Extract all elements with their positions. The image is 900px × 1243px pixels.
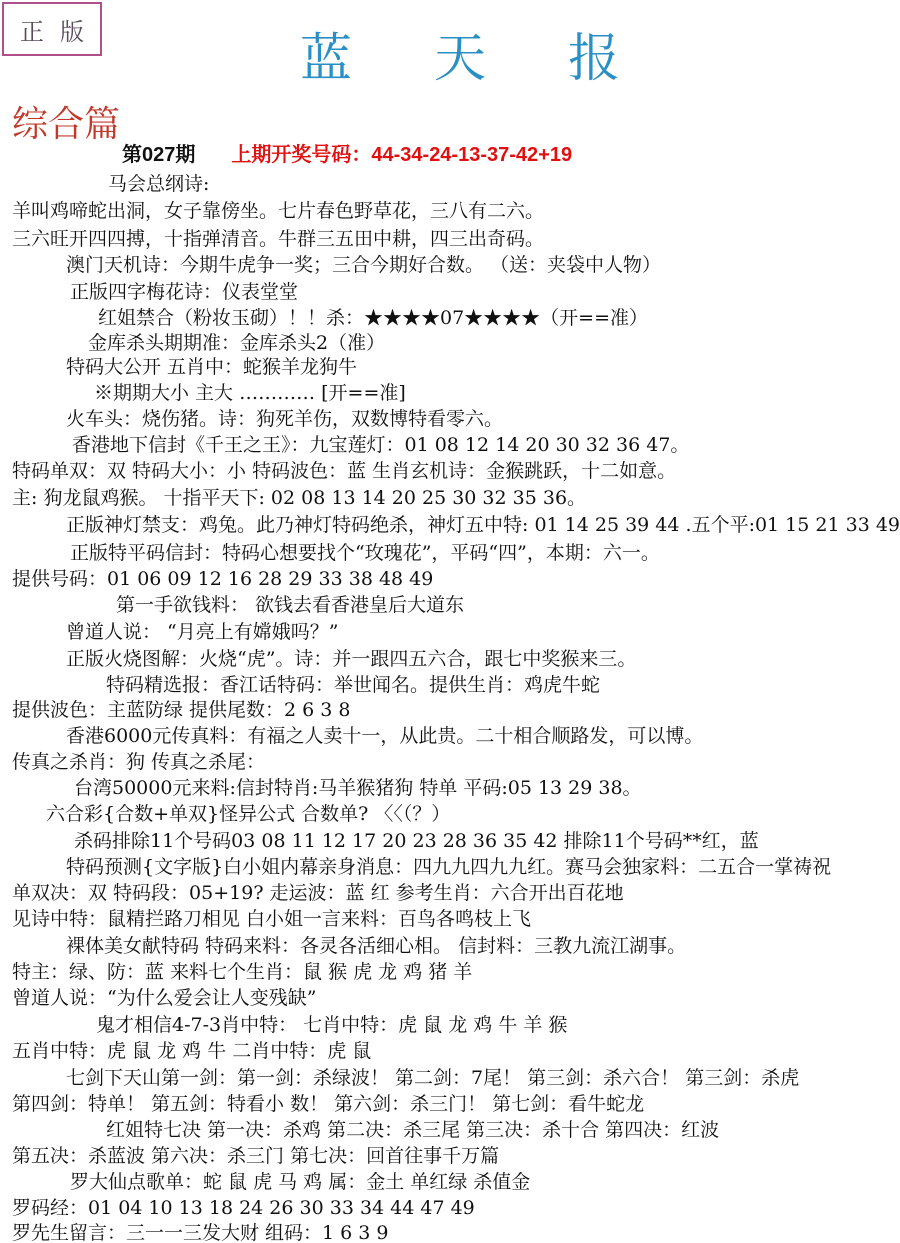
title-char: 蓝 xyxy=(300,16,352,91)
text-line: 特码预测{文字版}白小姐内幕亲身消息：四九九四九九红。赛马会独家料：二五合一掌祷… xyxy=(66,855,831,879)
authentic-edition-badge: 正 版 xyxy=(2,2,102,56)
text-line: 特码大公开 五肖中：蛇猴羊龙狗牛 xyxy=(66,355,357,379)
text-line: 特码单双：双 特码大小：小 特码波色：蓝 生肖玄机诗：金猴跳跃，十二如意。 xyxy=(12,459,676,483)
text-line: 传真之杀肖：狗 传真之杀尾： xyxy=(12,750,265,774)
text-line: 羊叫鸡啼蛇出洞，女子靠傍坐。七片春色野草花，三八有二六。 xyxy=(12,199,544,223)
text-line: 曾道人说：“为什么爱会让人变残缺” xyxy=(12,986,316,1010)
text-line: 见诗中特：鼠精拦路刀相见 白小姐一言来料：百鸟各鸣枝上飞 xyxy=(12,907,531,931)
text-line: 曾道人说： “月亮上有嫦娥吗？” xyxy=(66,620,338,644)
section-heading: 综合篇 xyxy=(12,96,120,147)
text-line: 第一手欲钱料： 欲钱去看香港皇后大道东 xyxy=(116,593,464,617)
text-line: 特码精选报：香江话特码：举世闻名。提供生肖：鸡虎牛蛇 xyxy=(106,673,600,697)
text-line: 红姐禁合（粉妆玉砌）！！杀：★★★★07★★★★（开==准） xyxy=(98,306,648,330)
text-line: 红姐特七决 第一决：杀鸡 第二决：杀三尾 第三决：杀十合 第四决：红波 xyxy=(106,1118,719,1142)
newspaper-title: 蓝 天 报 xyxy=(300,22,620,84)
text-line: 正版特平码信封：特码心想要找个“玫瑰花”，平码“四”，本期：六一。 xyxy=(70,541,660,565)
text-line: 台湾50000元来料:信封特肖:马羊猴猪狗 特单 平码:05 13 29 38。 xyxy=(74,776,642,800)
text-line: 三六旺开四四搏，十指弹清音。牛群三五田中耕，四三出奇码。 xyxy=(12,227,544,251)
badge-char: 正 xyxy=(20,12,44,47)
text-line: 第五决：杀蓝波 第六决：杀三门 第七决：回首往事千万篇 xyxy=(12,1144,499,1168)
last-draw-numbers: 44-34-24-13-37-42+19 xyxy=(371,144,572,166)
text-line: 七剑下天山第一剑：第一剑：杀绿波！ 第二剑：7尾！ 第三剑：杀六合！ 第三剑：杀… xyxy=(66,1066,799,1090)
text-line: 杀码排除11个号码03 08 11 12 17 20 23 28 36 35 4… xyxy=(74,829,759,853)
text-line: 香港6000元传真料：有福之人卖十一，从此贵。二十相合顺路发，可以博。 xyxy=(66,724,703,748)
text-line: 提供波色：主蓝防绿 提供尾数：2 6 3 8 xyxy=(12,698,351,722)
issue-row: 第027期 上期开奖号码：44-34-24-13-37-42+19 xyxy=(122,138,572,167)
last-draw-label: 上期开奖号码： xyxy=(231,144,371,166)
text-line: 六合彩{合数+单双}怪异公式 合数单? 〈〈（？） xyxy=(46,802,450,826)
badge-char: 版 xyxy=(60,12,84,47)
text-line: 罗先生留言：三一一三发大财 组码：1 6 3 9 xyxy=(12,1221,389,1243)
text-line: 澳门天机诗：今期牛虎争一奖；三合今期好合数。 （送：夹袋中人物） xyxy=(66,253,661,277)
text-line: 马会总纲诗: xyxy=(108,172,209,196)
text-line: 单双决：双 特码段：05+19? 走运波：蓝 红 参考生肖：六合开出百花地 xyxy=(12,881,624,905)
text-line: 五肖中特：虎 鼠 龙 鸡 牛 二肖中特：虎 鼠 xyxy=(12,1039,371,1063)
text-line: 裸体美女献特码 特码来料：各灵各活细心相。 信封料：三教九流江湖事。 xyxy=(66,934,686,958)
issue-number: 第027期 xyxy=(122,138,195,167)
text-line: 第四剑：特单！ 第五剑：特看小 数！ 第六剑：杀三门！ 第七剑：看牛蛇龙 xyxy=(12,1092,644,1116)
text-line: 火车头：烧伤猪。诗：狗死羊伤，双数博特看零六。 xyxy=(66,407,503,431)
text-line: 鬼才相信4-7-3肖中特： 七肖中特：虎 鼠 龙 鸡 牛 羊 猴 xyxy=(96,1013,567,1037)
text-line: 金库杀头期期准：金库杀头2（准） xyxy=(88,331,385,355)
last-draw: 上期开奖号码：44-34-24-13-37-42+19 xyxy=(231,138,572,167)
text-line: 罗大仙点歌单：蛇 鼠 虎 马 鸡 属：金土 单红绿 杀值金 xyxy=(70,1170,530,1194)
text-line: 罗码经：01 04 10 13 18 24 26 30 33 34 44 47 … xyxy=(12,1196,475,1220)
text-line: ※期期大小 主大 ………… [开==准] xyxy=(94,381,406,405)
text-line: 正版神灯禁支：鸡兔。此乃神灯特码绝杀，神灯五中特: 01 14 25 39 44… xyxy=(66,513,900,537)
title-char: 报 xyxy=(568,16,620,91)
text-line: 主: 狗龙鼠鸡猴。 十指平天下: 02 08 13 14 20 25 30 32… xyxy=(12,486,586,510)
text-line: 正版四字梅花诗：仪表堂堂 xyxy=(70,280,298,304)
text-line: 特主：绿、防：蓝 来料七个生肖：鼠 猴 虎 龙 鸡 猪 羊 xyxy=(12,960,472,984)
text-line: 提供号码：01 06 09 12 16 28 29 33 38 48 49 xyxy=(12,567,433,591)
title-char: 天 xyxy=(434,16,486,91)
text-line: 香港地下信封《千王之王》：九宝莲灯：01 08 12 14 20 30 32 3… xyxy=(72,433,689,457)
text-line: 正版火烧图解：火烧“虎”。诗：并一跟四五六合，跟七中奖猴来三。 xyxy=(66,647,636,671)
